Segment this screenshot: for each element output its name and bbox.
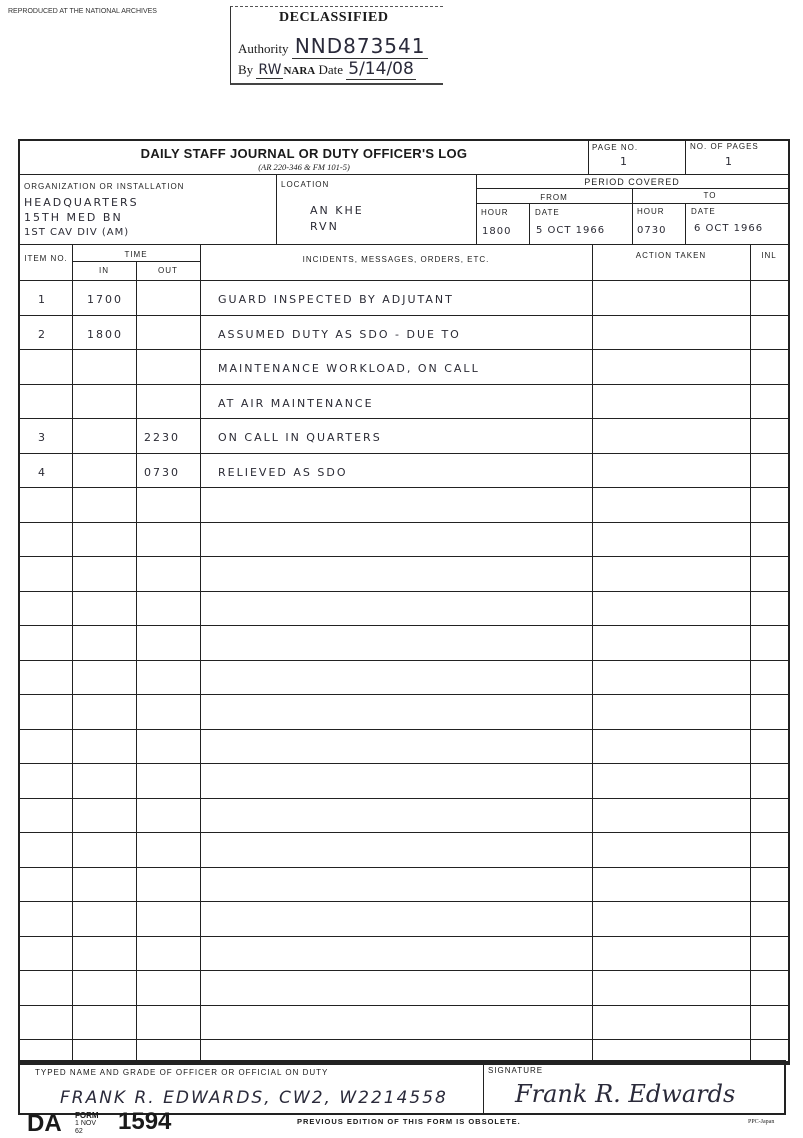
table-row: 32230ON CALL IN QUARTERS (20, 418, 788, 453)
col-incidents: INCIDENTS, MESSAGES, ORDERS, ETC. (200, 255, 592, 264)
form-subtitle: (AR 220-346 & FM 101-5) (20, 162, 588, 172)
form-date: 1 NOV 62 (75, 1120, 99, 1136)
form-word-date: FORM 1 NOV 62 (75, 1112, 99, 1136)
table-row (20, 867, 788, 902)
table-row: 11700GUARD INSPECTED BY ADJUTANT (20, 280, 788, 315)
incident-text: MAINTENANCE WORKLOAD, ON CALL (218, 362, 480, 375)
table-row: MAINTENANCE WORKLOAD, ON CALL (20, 349, 788, 384)
from-hour-label: HOUR (481, 208, 509, 217)
from-hour-value: 1800 (482, 226, 511, 237)
time-out: 2230 (144, 431, 180, 444)
authority-label: Authority (238, 41, 289, 56)
time-in: 1700 (87, 293, 123, 306)
to-label: TO (632, 191, 788, 200)
stamp-heading: DECLASSIFIED (279, 10, 388, 26)
to-date-value: 6 OCT 1966 (694, 223, 763, 234)
from-date-label: DATE (535, 208, 560, 217)
by-initials: RW (256, 62, 283, 79)
col-in: IN (72, 266, 136, 275)
table-row (20, 970, 788, 1005)
location-line: AN KHE (310, 203, 364, 219)
to-date-label: DATE (691, 207, 716, 216)
table-row (20, 936, 788, 971)
organization-value: HEADQUARTERS 15TH MED BN 1ST CAV DIV (AM… (24, 195, 139, 240)
location-label: LOCATION (281, 180, 329, 189)
table-row: 40730RELIEVED AS SDO (20, 453, 788, 488)
item-number: 1 (38, 293, 47, 306)
signature-value: Frank R. Edwards (515, 1080, 735, 1108)
no-of-pages-label: NO. OF PAGES (690, 142, 759, 151)
col-action-taken: ACTION TAKEN (592, 251, 750, 260)
col-time: TIME (72, 250, 200, 259)
declassified-stamp: DECLASSIFIED Authority NND873541 By RWNA… (230, 6, 443, 85)
no-of-pages-value: 1 (725, 155, 734, 168)
time-in: 1800 (87, 328, 123, 341)
organization-label: ORGANIZATION OR INSTALLATION (24, 182, 184, 191)
table-row (20, 591, 788, 626)
table-row (20, 625, 788, 660)
col-out: OUT (136, 266, 200, 275)
authority-value: NND873541 (292, 34, 429, 59)
table-row (20, 901, 788, 936)
table-row (20, 1005, 788, 1040)
col-inl: INL (750, 251, 788, 260)
incident-text: AT AIR MAINTENANCE (218, 397, 374, 410)
stamp-date: 5/14/08 (346, 59, 416, 80)
from-date-value: 5 OCT 1966 (536, 225, 605, 236)
table-row (20, 487, 788, 522)
table-row (20, 694, 788, 729)
form-number: 1594 (118, 1108, 171, 1136)
table-row: AT AIR MAINTENANCE (20, 384, 788, 419)
to-hour-value: 0730 (637, 225, 666, 236)
duty-log-form: DAILY STAFF JOURNAL OR DUTY OFFICER'S LO… (18, 139, 790, 1065)
form-designation: DA FORM 1 NOV 62 1594 (27, 1110, 62, 1138)
table-row (20, 522, 788, 557)
location-value: AN KHE RVN (310, 203, 364, 235)
previous-edition-note: PREVIOUS EDITION OF THIS FORM IS OBSOLET… (297, 1117, 521, 1126)
incident-text: ASSUMED DUTY AS SDO - DUE TO (218, 328, 461, 341)
stamp-by: By RWNARA Date 5/14/08 (238, 59, 416, 80)
period-covered-label: PERIOD COVERED (476, 177, 788, 187)
printer-mark: PPC-Japan (748, 1119, 774, 1125)
table-row: 21800ASSUMED DUTY AS SDO - DUE TO (20, 315, 788, 350)
table-row (20, 798, 788, 833)
agency: NARA (283, 65, 315, 77)
date-label: Date (318, 62, 343, 77)
table-row (20, 832, 788, 867)
col-item-no: ITEM NO. (20, 253, 72, 265)
item-number: 4 (38, 466, 47, 479)
to-hour-label: HOUR (637, 207, 665, 216)
typed-name-label: TYPED NAME AND GRADE OF OFFICER OR OFFIC… (35, 1068, 328, 1077)
page-no-label: PAGE NO. (592, 143, 638, 152)
form-word: FORM (75, 1112, 99, 1120)
incident-text: RELIEVED AS SDO (218, 466, 347, 479)
by-label: By (238, 62, 253, 77)
item-number: 2 (38, 328, 47, 341)
org-line: HEADQUARTERS (24, 195, 139, 210)
incident-text: GUARD INSPECTED BY ADJUTANT (218, 293, 454, 306)
page-no-value: 1 (620, 155, 629, 168)
officer-block: TYPED NAME AND GRADE OF OFFICER OR OFFIC… (18, 1060, 786, 1115)
table-row (20, 556, 788, 591)
table-row (20, 660, 788, 695)
archive-note: REPRODUCED AT THE NATIONAL ARCHIVES (8, 8, 157, 15)
incident-text: ON CALL IN QUARTERS (218, 431, 382, 444)
stamp-authority: Authority NND873541 (238, 34, 428, 59)
typed-name-value: FRANK R. EDWARDS, CW2, W2214558 (60, 1088, 448, 1108)
signature-label: SIGNATURE (488, 1066, 543, 1075)
time-out: 0730 (144, 466, 180, 479)
org-line: 1ST CAV DIV (AM) (24, 225, 139, 240)
form-prefix: DA (27, 1110, 62, 1137)
item-number: 3 (38, 431, 47, 444)
form-title: DAILY STAFF JOURNAL OR DUTY OFFICER'S LO… (20, 146, 588, 161)
table-row (20, 763, 788, 798)
from-label: FROM (476, 193, 632, 202)
location-line: RVN (310, 219, 364, 235)
table-row (20, 729, 788, 764)
org-line: 15TH MED BN (24, 210, 139, 225)
